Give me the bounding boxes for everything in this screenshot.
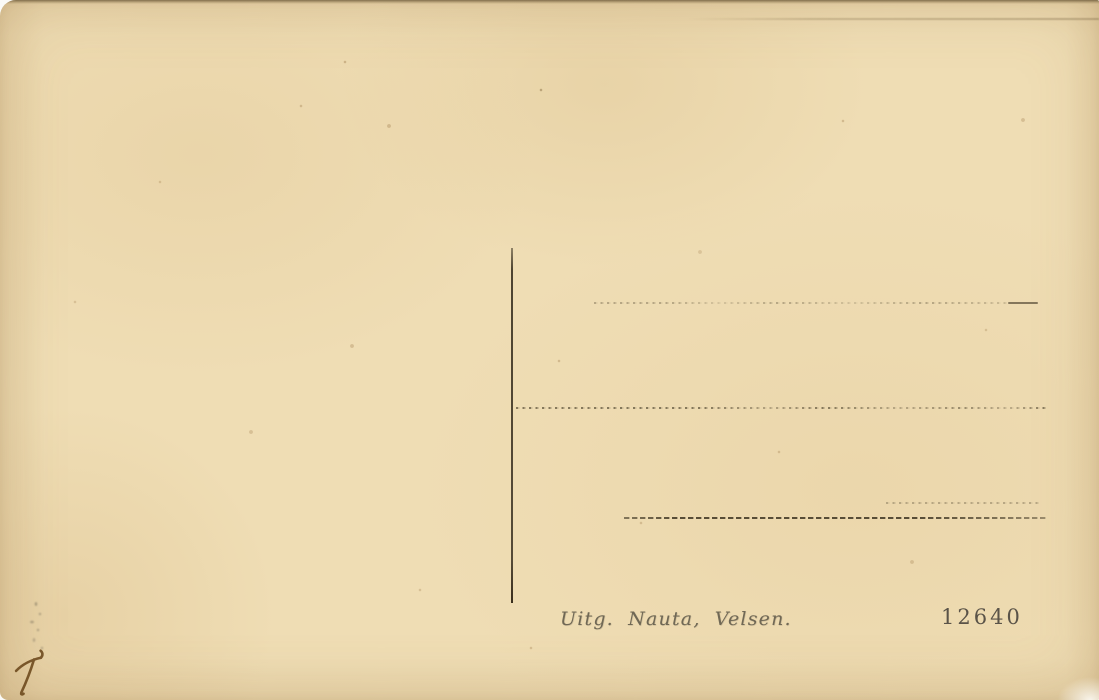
address-dotted-line-1	[594, 302, 1010, 304]
postcard-scan: Uitg. Nauta, Velsen. 12640	[0, 0, 1099, 700]
address-divider-line	[511, 248, 513, 603]
address-dotted-line-1-tail	[1008, 302, 1038, 304]
address-dotted-line-3	[624, 517, 1046, 519]
postcard-back: Uitg. Nauta, Velsen. 12640	[0, 0, 1099, 700]
handwritten-mark-7	[8, 638, 60, 700]
foxing-speckles	[0, 0, 1099, 700]
crease-line	[688, 18, 1099, 20]
address-dotted-line-3-faint	[886, 502, 1040, 504]
card-top-edge-shadow	[0, 0, 1099, 4]
address-dotted-line-2	[516, 407, 1046, 409]
publisher-imprint: Uitg. Nauta, Velsen.	[560, 604, 792, 634]
card-series-number: 12640	[941, 602, 1023, 632]
